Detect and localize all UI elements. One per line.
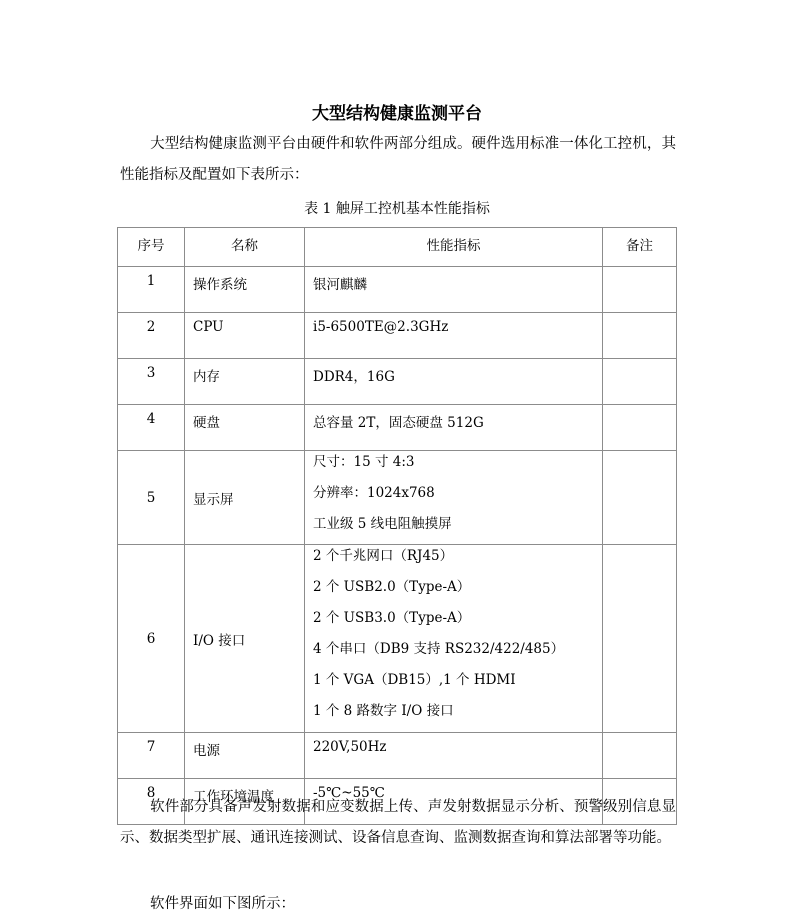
row-spec: 尺寸：15 寸 4:3 分辨率：1024x768 工业级 5 线电阻触摸屏 [305,451,603,545]
intro-paragraph: 大型结构健康监测平台由硬件和软件两部分组成。硬件选用标准一体化工控机，其性能指标… [120,129,676,191]
row-spec: 220V,50Hz [305,733,603,779]
header-spec: 性能指标 [305,228,603,267]
document-title: 大型结构健康监测平台 [0,102,794,126]
row-note [603,451,677,545]
row-name: 显示屏 [185,451,305,545]
row-note [603,405,677,451]
spec-line: 尺寸：15 寸 4:3 [313,451,602,482]
header-name: 名称 [185,228,305,267]
row-name: 操作系统 [185,267,305,313]
software-ui-text: 软件界面如下图所示： [150,896,295,912]
row-name: 电源 [185,733,305,779]
header-note: 备注 [603,228,677,267]
row-no: 4 [118,405,185,451]
row-spec: 总容量 2T，固态硬盘 512G [305,405,603,451]
table-row: 1 操作系统 银河麒麟 [118,267,677,313]
row-no: 2 [118,313,185,359]
software-paragraph: 软件部分具备声发射数据和应变数据上传、声发射数据显示分析、预警级别信息显示、数据… [120,792,676,854]
row-name: CPU [185,313,305,359]
spec-line: 2 个 USB2.0（Type-A） [313,576,602,607]
spec-line: 4 个串口（DB9 支持 RS232/422/485） [313,638,602,669]
table-row: 2 CPU i5-6500TE@2.3GHz [118,313,677,359]
row-spec: 银河麒麟 [305,267,603,313]
spec-line: 1 个 8 路数字 I/O 接口 [313,700,602,732]
row-spec: 2 个千兆网口（RJ45） 2 个 USB2.0（Type-A） 2 个 USB… [305,545,603,733]
row-name: 内存 [185,359,305,405]
row-note [603,545,677,733]
row-no: 7 [118,733,185,779]
spec-line: 2 个千兆网口（RJ45） [313,545,602,576]
row-no: 3 [118,359,185,405]
table-caption: 表 1 触屏工控机基本性能指标 [0,197,794,221]
row-note [603,313,677,359]
table-header-row: 序号 名称 性能指标 备注 [118,228,677,267]
row-name: I/O 接口 [185,545,305,733]
intro-text: 大型结构健康监测平台由硬件和软件两部分组成。硬件选用标准一体化工控机，其性能指标… [120,136,676,183]
row-spec: DDR4，16G [305,359,603,405]
table-row: 3 内存 DDR4，16G [118,359,677,405]
row-no: 1 [118,267,185,313]
table-row: 4 硬盘 总容量 2T，固态硬盘 512G [118,405,677,451]
row-note [603,733,677,779]
row-spec: i5-6500TE@2.3GHz [305,313,603,359]
document-page: 大型结构健康监测平台 大型结构健康监测平台由硬件和软件两部分组成。硬件选用标准一… [0,0,794,919]
row-no: 6 [118,545,185,733]
spec-line: 1 个 VGA（DB15）,1 个 HDMI [313,669,602,700]
row-note [603,359,677,405]
spec-line: 2 个 USB3.0（Type-A） [313,607,602,638]
row-note [603,267,677,313]
spec-line: 分辨率：1024x768 [313,482,602,513]
row-name: 硬盘 [185,405,305,451]
table-row: 6 I/O 接口 2 个千兆网口（RJ45） 2 个 USB2.0（Type-A… [118,545,677,733]
table-row: 5 显示屏 尺寸：15 寸 4:3 分辨率：1024x768 工业级 5 线电阻… [118,451,677,545]
software-ui-paragraph: 软件界面如下图所示： [120,889,676,919]
software-text: 软件部分具备声发射数据和应变数据上传、声发射数据显示分析、预警级别信息显示、数据… [120,799,676,846]
spec-line: 工业级 5 线电阻触摸屏 [313,513,602,543]
table-row: 7 电源 220V,50Hz [118,733,677,779]
header-no: 序号 [118,228,185,267]
row-no: 5 [118,451,185,545]
spec-table: 序号 名称 性能指标 备注 1 操作系统 银河麒麟 2 CPU i5-6500T… [117,227,677,825]
